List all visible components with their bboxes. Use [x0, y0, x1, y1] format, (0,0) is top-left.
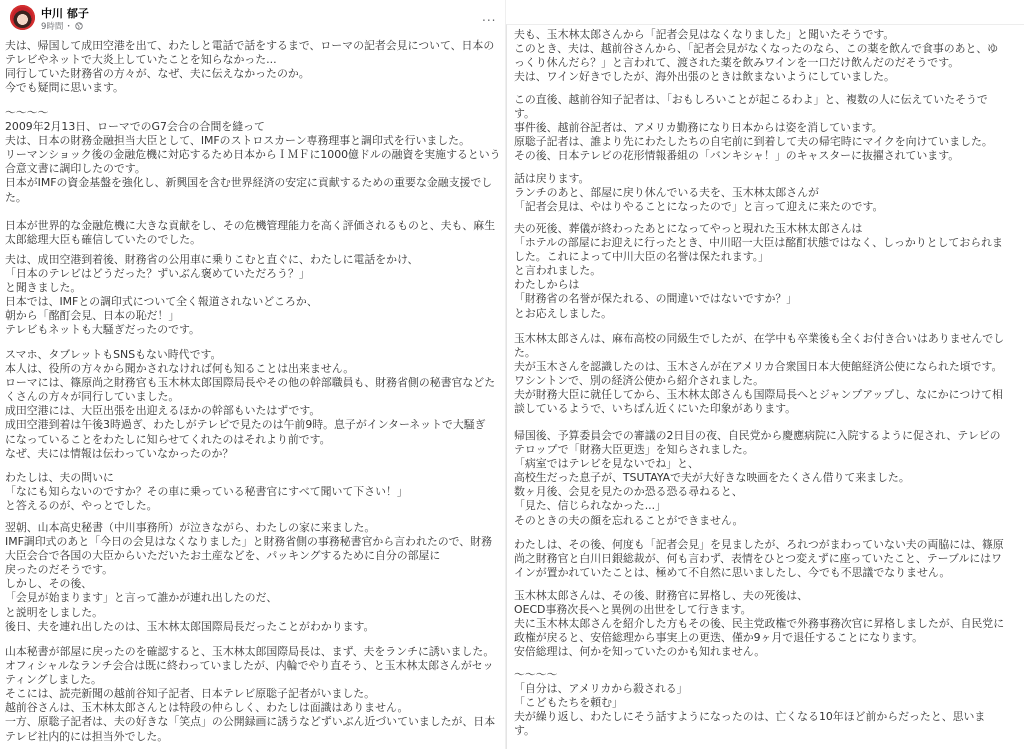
text-line: 本人は、役所の方々から聞かされなければ何も知ることは出来ません。 [5, 362, 507, 376]
text-line: くさんの方々が同行していました。 [5, 390, 507, 404]
text-line: しかし、その後、 [5, 577, 507, 591]
text-line: と聞きました。 [5, 281, 507, 295]
text-line: OECD事務次長へと異例の出世をして行きます。 [514, 603, 1020, 617]
paragraph: スマホ、タブレットもSNSもない時代です。本人は、役所の方々から聞かされなければ… [5, 348, 507, 461]
text-line: 「会見が始まります」と言って誰かが連れ出したのだ、 [5, 591, 507, 605]
text-line: 話は戻ります。 [514, 172, 1020, 186]
paragraph: 話は戻ります。ランチのあと、部屋に戻り休んでいる夫を、玉木林太郎さんが「記者会見… [514, 172, 1020, 214]
text-line: そのときの夫の顔を忘れることができません。 [514, 514, 1020, 528]
text-line: た。 [514, 346, 1020, 360]
paragraph: ～～～～「自分は、アメリカから殺される」「こどもたちを頼む」夫が繰り返し、わたし… [514, 668, 1020, 738]
text-line: 夫の死後、葬儀が終わったあとになってやっと現れた玉木林太郎さんは [514, 222, 1020, 236]
paragraph: 帰国後、予算委員会での審議の2日目の夜、自民党から慶應病院に入院するように促され… [514, 429, 1020, 528]
text-line: 夫に玉木林太郎さんを紹介した方もその後、民主党政権で外務事務次官に昇格しましたが… [514, 617, 1020, 631]
text-line: ワシントンで、別の経済公使から紹介されました。 [514, 374, 1020, 388]
text-line: とお応えしました。 [514, 307, 1020, 321]
paragraph: この直後、越前谷知子記者は、「おもしろいことが起こるわよ」と、複数の人に伝えてい… [514, 93, 1020, 163]
text-line: 朝から「酩酊会見、日本の恥だ！」 [5, 309, 507, 323]
paragraph: 山本秘書が部屋に戻ったのを確認すると、玉木林太郎国際局長は、まず、夫をランチに誘… [5, 645, 507, 744]
text-line: 夫が玉木さんを認識したのは、玉木さんが在アメリカ合衆国日本大使館経済公使になられ… [514, 360, 1020, 374]
text-line: そこには、読売新聞の越前谷知子記者、日本テレビ原聡子記者がいました。 [5, 687, 507, 701]
text-line: 太郎総理大臣も確信していたのでした。 [5, 233, 507, 247]
text-line: 安倍総理は、何かを知っていたのかも知れません。 [514, 645, 1020, 659]
text-line: このとき、夫は、越前谷さんから、「記者会見がなくなったのなら、この薬を飲んで食事… [514, 42, 1020, 56]
text-line: 夫は、ワイン好きでしたが、海外出張のときは飲まないようにしていました。 [514, 70, 1020, 84]
text-line: 帰国後、予算委員会での審議の2日目の夜、自民党から慶應病院に入院するように促され… [514, 429, 1020, 443]
text-line: 「こどもたちを頼む」 [514, 696, 1020, 710]
text-line: した。これによって中川大臣の名誉は保たれます。」 [514, 250, 1020, 264]
paragraph: ～～～～2009年2月13日、ローマでのG7会合の合間を縫って夫は、日本の財務金… [5, 106, 507, 205]
text-line: 今でも疑問に思います。 [5, 81, 507, 95]
text-line: 「記者会見は、やはりやることになったので」と言って迎えに来たのです。 [514, 200, 1020, 214]
text-line: 日本が世界的な金融危機に大きな貢献をし、その危機管理能力を高く評価されるものと、… [5, 219, 507, 233]
text-line: 夫は、帰国して成田空港を出て、わたしと電話で話をするまで、ローマの記者会見につい… [5, 39, 507, 53]
text-line: リーマンショック後の金融危機に対応するため日本からＩＭＦに1000億ドルの融資を… [5, 148, 507, 162]
text-line: テロップで「財務大臣更迭」を知らされました。 [514, 443, 1020, 457]
text-line: 政権が戻ると、安倍総理から事実上の更迭、僅か9ヶ月で退任することになります。 [514, 631, 1020, 645]
text-line: 大臣会合で各国の大臣からいただいたお土産などを、パッキングするために自分の部屋に [5, 549, 507, 563]
text-line: テレビもネットも大騒ぎだったのです。 [5, 323, 507, 337]
paragraph: 夫は、成田空港到着後、財務省の公用車に乗りこむと直ぐに、わたしに電話をかけ、「日… [5, 253, 507, 338]
text-line: 一方、原聡子記者は、夫の好きな「笑点」の公開録画に誘うなどずいぶん近づいていまし… [5, 715, 507, 729]
text-line: ～～～～ [5, 106, 507, 120]
text-line: 「ホテルの部屋にお迎えに行ったとき、中川昭一大臣は酩酊状態ではなく、しっかりとし… [514, 236, 1020, 250]
paragraph: わたしは、その後、何度も「記者会見」を見ましたが、ろれつがまわっていない夫の両脇… [514, 538, 1020, 580]
text-line: 事件後、越前谷記者は、アメリカ勤務になり日本からは姿を消しています。 [514, 121, 1020, 135]
text-line: 「自分は、アメリカから殺される」 [514, 682, 1020, 696]
text-line: 数ヶ月後、会見を見たのか恐る恐る尋ねると、 [514, 485, 1020, 499]
text-line: 山本秘書が部屋に戻ったのを確認すると、玉木林太郎国際局長は、まず、夫をランチに誘… [5, 645, 507, 659]
text-line: 玉木林太郎さんは、その後、財務官に昇格し、夫の死後は、 [514, 589, 1020, 603]
text-line: 談しているようで、いちばん近くにいた印象があります。 [514, 402, 1020, 416]
text-line: 「なにも知らないのですか？その車に乗っている秘書官にすべて聞いて下さい！」 [5, 485, 507, 499]
paragraph: 夫は、帰国して成田空港を出て、わたしと電話で話をするまで、ローマの記者会見につい… [5, 39, 507, 95]
text-line: 合意文書に調印したのです。 [5, 162, 507, 176]
text-line: 「病室ではテレビを見ないでね」と、 [514, 457, 1020, 471]
text-line: 2009年2月13日、ローマでのG7会合の合間を縫って [5, 120, 507, 134]
text-line: テレビ社内的には担当外でした。 [5, 730, 507, 744]
paragraph: 夫も、玉木林太郎さんから「記者会見はなくなりました」と聞いたそうです。このとき、… [514, 28, 1020, 84]
text-line: わたしは、その後、何度も「記者会見」を見ましたが、ろれつがまわっていない夫の両脇… [514, 538, 1020, 552]
text-line: この直後、越前谷知子記者は、「おもしろいことが起こるわよ」と、複数の人に伝えてい… [514, 93, 1020, 107]
text-line: ～～～～ [514, 668, 1020, 682]
text-line: になっていることをわたしに知らせてくれたのはそれより前です。 [5, 433, 507, 447]
text-line: 日本がIMFの資金基盤を強化し、新興国を含む世界経済の安定に貢献するための重要な… [5, 176, 507, 190]
text-line: 戻ったのだそうです。 [5, 563, 507, 577]
text-line: わたしは、夫の問いに [5, 471, 507, 485]
text-line: 夫も、玉木林太郎さんから「記者会見はなくなりました」と聞いたそうです。 [514, 28, 1020, 42]
text-line: ランチのあと、部屋に戻り休んでいる夫を、玉木林太郎さんが [514, 186, 1020, 200]
text-line: 玉木林太郎さんは、麻布高校の同級生でしたが、在学中も卒業後も全くお付き合いはあり… [514, 332, 1020, 346]
text-line: 同行していた財務省の方々が、なぜ、夫に伝えなかったのか。 [5, 67, 507, 81]
paragraph: 玉木林太郎さんは、その後、財務官に昇格し、夫の死後は、OECD事務次長へと異例の… [514, 589, 1020, 659]
text-line: テレビやネットで大炎上していたことを知らなかった... [5, 53, 507, 67]
paragraph: わたしは、夫の問いに「なにも知らないのですか？その車に乗っている秘書官にすべて聞… [5, 471, 507, 513]
text-line: IMF調印式のあと「今日の会見はなくなりました」と財務省側の事務秘書官から言われ… [5, 535, 507, 549]
text-line: インが置かれていたことは、極めて不自然に思いましたし、今でも不思議でなりません。 [514, 566, 1020, 580]
text-line: 「財務省の名誉が保たれる、の間違いではないですか？」 [514, 292, 1020, 306]
text-line: す。 [514, 724, 1020, 738]
text-line: 高校生だった息子が、TSUTAYAで夫が大好きな映画をたくさん借りて来ました。 [514, 471, 1020, 485]
post-body-right: 夫も、玉木林太郎さんから「記者会見はなくなりました」と聞いたそうです。このとき、… [514, 0, 1020, 749]
paragraph: 玉木林太郎さんは、麻布高校の同級生でしたが、在学中も卒業後も全くお付き合いはあり… [514, 332, 1020, 417]
text-line: その後、日本テレビの花形情報番組の「バンキシャ！」のキャスターに抜擢されています… [514, 149, 1020, 163]
text-line: ローマには、篠原尚之財務官も玉木林太郎国際局長やその他の幹部職員も、財務省側の秘… [5, 376, 507, 390]
text-line: っくり休んだら？」と言われて、渡された薬を飲みワインを一口だけ飲んだのだそうです… [514, 56, 1020, 70]
text-line: 日本では、IMFとの調印式について全く報道されないどころか、 [5, 295, 507, 309]
post-body-left: 夫は、帰国して成田空港を出て、わたしと電話で話をするまで、ローマの記者会見につい… [5, 0, 507, 749]
text-line: す。 [514, 107, 1020, 121]
text-line: 尚之財務官と白川日銀総裁が、何も言わず、表情をひとつ変えずに座っていたこと、テー… [514, 552, 1020, 566]
paragraph: 翌朝、山本高史秘書（中川事務所）が泣きながら、わたしの家に来ました。IMF調印式… [5, 521, 507, 634]
paragraph: 夫の死後、葬儀が終わったあとになってやっと現れた玉木林太郎さんは「ホテルの部屋に… [514, 222, 1020, 321]
text-line: スマホ、タブレットもSNSもない時代です。 [5, 348, 507, 362]
text-line: なぜ、夫には情報は伝わっていなかったのか？ [5, 447, 507, 461]
text-line: 夫は、日本の財務金融担当大臣として、IMFのストロスカーン専務理事と調印式を行い… [5, 134, 507, 148]
text-line: 成田空港到着は午後3時過ぎ、わたしがテレビで見たのは午前9時。息子がインターネッ… [5, 418, 507, 432]
text-line: 「見た、信じられなかった...」 [514, 499, 1020, 513]
text-line: と説明をしました。 [5, 606, 507, 620]
text-line: ティングしました。 [5, 673, 507, 687]
text-line: わたしからは [514, 278, 1020, 292]
text-line: 成田空港には、大臣出張を出迎えるほかの幹部もいたはずです。 [5, 404, 507, 418]
text-line: 後日、夫を連れ出したのは、玉木林太郎国際局長だったことがわかります。 [5, 620, 507, 634]
text-line: と言われました。 [514, 264, 1020, 278]
text-line: 原聡子記者は、誰より先にわたしたちの自宅前に到着して夫の帰宅時にマイクを向けてい… [514, 135, 1020, 149]
text-line: 越前谷さんは、玉木林太郎さんとは特段の仲らしく、わたしは面識はありません。 [5, 701, 507, 715]
text-line: た。 [5, 191, 507, 205]
text-line: と答えるのが、やっとでした。 [5, 499, 507, 513]
text-line: オフィシャルなランチ会合は既に終わっていましたが、内輪でやり直そう、と玉木林太郎… [5, 659, 507, 673]
text-line: 翌朝、山本高史秘書（中川事務所）が泣きながら、わたしの家に来ました。 [5, 521, 507, 535]
paragraph: 日本が世界的な金融危機に大きな貢献をし、その危機管理能力を高く評価されるものと、… [5, 219, 507, 247]
text-line: 夫は、成田空港到着後、財務省の公用車に乗りこむと直ぐに、わたしに電話をかけ、 [5, 253, 507, 267]
text-line: 夫が繰り返し、わたしにそう話すようになったのは、亡くなる10年ほど前からだったと… [514, 710, 1020, 724]
text-line: 夫が財務大臣に就任してから、玉木林太郎さんも国際局長へとジャンプアップし、なにか… [514, 388, 1020, 402]
text-line: 「日本のテレビはどうだった？ずいぶん褒めていただろう？」 [5, 267, 507, 281]
